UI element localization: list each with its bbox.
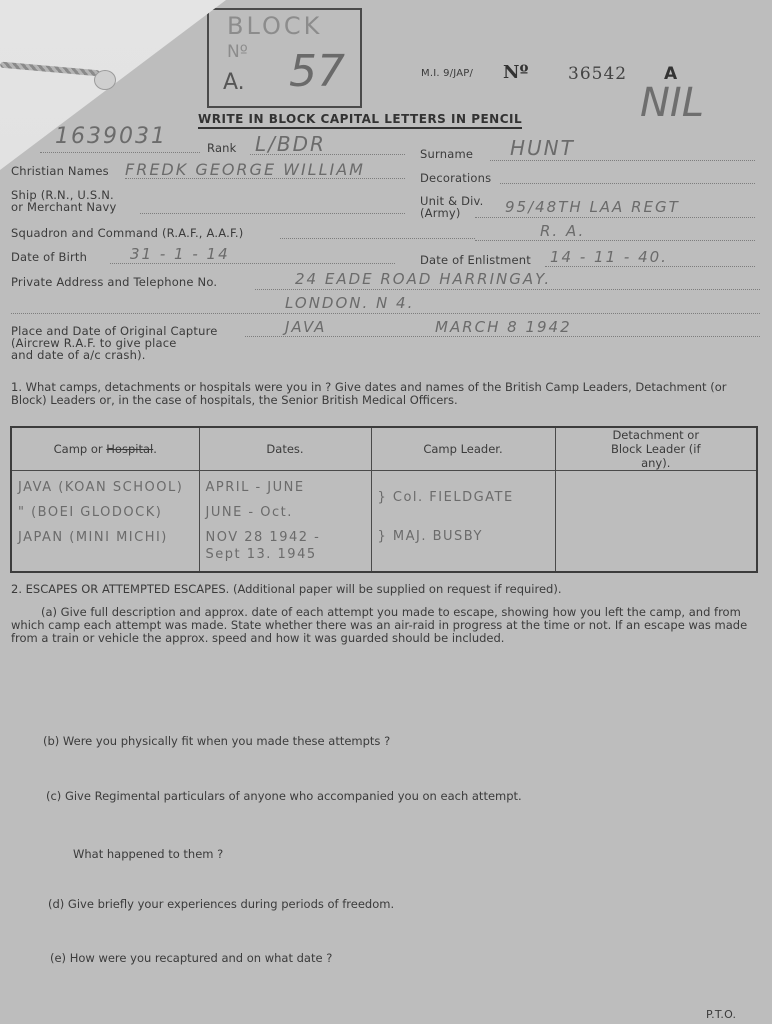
- decorations-label: Decorations: [420, 171, 491, 185]
- address-label: Private Address and Telephone No.: [11, 275, 217, 289]
- christian-names-label: Christian Names: [11, 164, 109, 178]
- question-2e: (e) How were you recaptured and on what …: [50, 952, 332, 965]
- form-number: 36542: [568, 64, 627, 84]
- rank-value: L/BDR: [255, 132, 326, 156]
- enlistment-label: Date of Enlistment: [420, 253, 531, 267]
- col-leader-header: Camp Leader.: [371, 427, 555, 471]
- col-detachment-header: Detachment or Block Leader (if any).: [555, 427, 757, 471]
- camp-cell: JAVA (KOAN SCHOOL) " (BOEI GLODOCK) JAPA…: [11, 471, 199, 573]
- dates-cell: APRIL - JUNE JUNE - Oct. NOV 28 1942 - S…: [199, 471, 371, 573]
- rank-label: Rank: [207, 141, 237, 155]
- block-letter: A.: [223, 70, 245, 95]
- pto-label: P.T.O.: [706, 1008, 736, 1021]
- address-value-1: 24 EADE ROAD HARRINGAY.: [295, 270, 551, 288]
- squadron-label: Squadron and Command (R.A.F., A.A.F.): [11, 226, 243, 240]
- ship-label-2: or Merchant Navy: [11, 200, 116, 214]
- block-number-box: BLOCK Nº A. 57: [207, 8, 362, 108]
- number-label: Nº: [503, 62, 528, 83]
- detachment-cell: [555, 471, 757, 573]
- capture-date-value: MARCH 8 1942: [435, 318, 572, 336]
- christian-names-value: FREDK GEORGE WILLIAM: [125, 160, 365, 179]
- unit-value-1: 95/48TH LAA REGT: [505, 198, 680, 216]
- form-page: BLOCK Nº A. 57 M.I. 9/JAP/ Nº 36542 A NI…: [0, 0, 772, 1024]
- dob-label: Date of Birth: [11, 250, 87, 264]
- form-heading: WRITE IN BLOCK CAPITAL LETTERS IN PENCIL: [198, 112, 522, 129]
- camps-table: Camp or Hospital. Dates. Camp Leader. De…: [10, 426, 758, 573]
- reference-prefix: M.I. 9/JAP/: [421, 68, 473, 79]
- enlistment-value: 14 - 11 - 40.: [550, 248, 668, 266]
- surname-label: Surname: [420, 147, 473, 161]
- question-2d: (d) Give briefly your experiences during…: [48, 898, 394, 911]
- section1-question: 1. What camps, detachments or hospitals …: [11, 381, 761, 407]
- capture-place-value: JAVA: [285, 318, 326, 336]
- table-body-row: JAVA (KOAN SCHOOL) " (BOEI GLODOCK) JAPA…: [11, 471, 757, 573]
- question-2c: (c) Give Regimental particulars of anyon…: [46, 790, 522, 803]
- surname-value: HUNT: [510, 136, 575, 160]
- unit-value-2: R. A.: [540, 222, 585, 240]
- section2-title: 2. ESCAPES OR ATTEMPTED ESCAPES. (Additi…: [11, 583, 562, 596]
- block-number: 57: [289, 46, 345, 97]
- capture-label-3: and date of a/c crash).: [11, 348, 146, 362]
- unit-label-2: (Army): [420, 206, 461, 220]
- dob-value: 31 - 1 - 14: [130, 245, 230, 263]
- nil-annotation: NIL: [640, 80, 704, 126]
- col-dates-header: Dates.: [199, 427, 371, 471]
- tag-string-knot: [94, 70, 116, 90]
- service-number-value: 1639031: [55, 124, 167, 149]
- address-value-2: LONDON. N 4.: [285, 294, 414, 312]
- block-title: BLOCK: [227, 12, 322, 40]
- question-2a: (a) Give full description and approx. da…: [11, 606, 761, 645]
- col-camp-header: Camp or Hospital.: [11, 427, 199, 471]
- question-2c-followup: What happened to them ?: [73, 848, 223, 861]
- question-2b: (b) Were you physically fit when you mad…: [43, 735, 390, 748]
- leader-cell: } Col. FIELDGATE } MAJ. BUSBY: [371, 471, 555, 573]
- block-no-label: Nº: [227, 42, 248, 62]
